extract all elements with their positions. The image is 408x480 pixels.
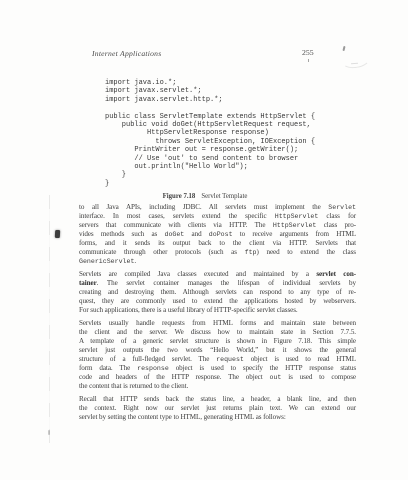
paragraph-1: to all Java APIs, including JDBC. All se…: [79, 203, 356, 266]
text-line: vides methods such as doGet and doPost t…: [79, 230, 356, 239]
text-line: servers that communicate with clients vi…: [79, 221, 356, 230]
scan-bottom-edge-mark: [48, 430, 50, 435]
text-line: the context. Right now our servlet just …: [79, 404, 356, 413]
text-line: creating and destroying them. Although s…: [79, 288, 356, 297]
paragraph-3: Servlets usually handle requests from HT…: [79, 319, 356, 391]
body-text: to all Java APIs, including JDBC. All se…: [79, 203, 356, 426]
code-listing: import java.io.*; import javax.servlet.*…: [105, 79, 315, 188]
text-line: For such applications, there is a useful…: [79, 306, 356, 315]
scan-ink-blot: [55, 230, 60, 238]
text-line: quest, they are commonly used to extend …: [79, 297, 356, 306]
scan-page-edge-line: [49, 195, 50, 443]
text-line: code and headers of the HTTP response. T…: [79, 373, 356, 382]
text-line: the client and the server. We discuss ho…: [79, 328, 356, 337]
text-line: GenericServlet.: [79, 257, 356, 266]
text-line: Servlets are compiled Java classes execu…: [79, 270, 356, 279]
text-line: form data. The response object is used t…: [79, 364, 356, 373]
text-line: servlet just outputs the two words “Hell…: [79, 346, 356, 355]
figure-caption-text: Servlet Template: [201, 193, 247, 200]
running-header-title: Internet Applications: [92, 49, 161, 58]
page-number: 255: [302, 48, 314, 57]
figure-caption: Figure 7.18Servlet Template: [79, 193, 331, 200]
text-line: interface. In most cases, servlets exten…: [79, 212, 356, 221]
text-line: structure of a full-fledged servlet. The…: [79, 355, 356, 364]
scan-corner-tick-mark: [342, 46, 345, 51]
text-line: Servlets usually handle requests from HT…: [79, 319, 356, 328]
text-line: the content that is returned to the clie…: [79, 382, 356, 391]
text-line: servlet by setting the content type to H…: [79, 413, 356, 422]
text-line: A template of a generic servlet structur…: [79, 337, 356, 346]
text-line: forms, and it sends its output back to t…: [79, 239, 356, 248]
figure-caption-label: Figure 7.18: [163, 193, 196, 200]
paragraph-2: Servlets are compiled Java classes execu…: [79, 270, 356, 315]
text-line: Recall that HTTP sends back the status l…: [79, 395, 356, 404]
text-line: to all Java APIs, including JDBC. All se…: [79, 203, 356, 212]
scan-mark-below-page-number: [308, 59, 309, 62]
book-page: Internet Applications 255 import java.io…: [0, 0, 408, 480]
text-line: tainer. The servlet container manages th…: [79, 279, 356, 288]
paragraph-4: Recall that HTTP sends back the status l…: [79, 395, 356, 422]
text-line: communicate through other protocols (suc…: [79, 248, 356, 257]
scan-corner-smudge: [340, 49, 371, 70]
